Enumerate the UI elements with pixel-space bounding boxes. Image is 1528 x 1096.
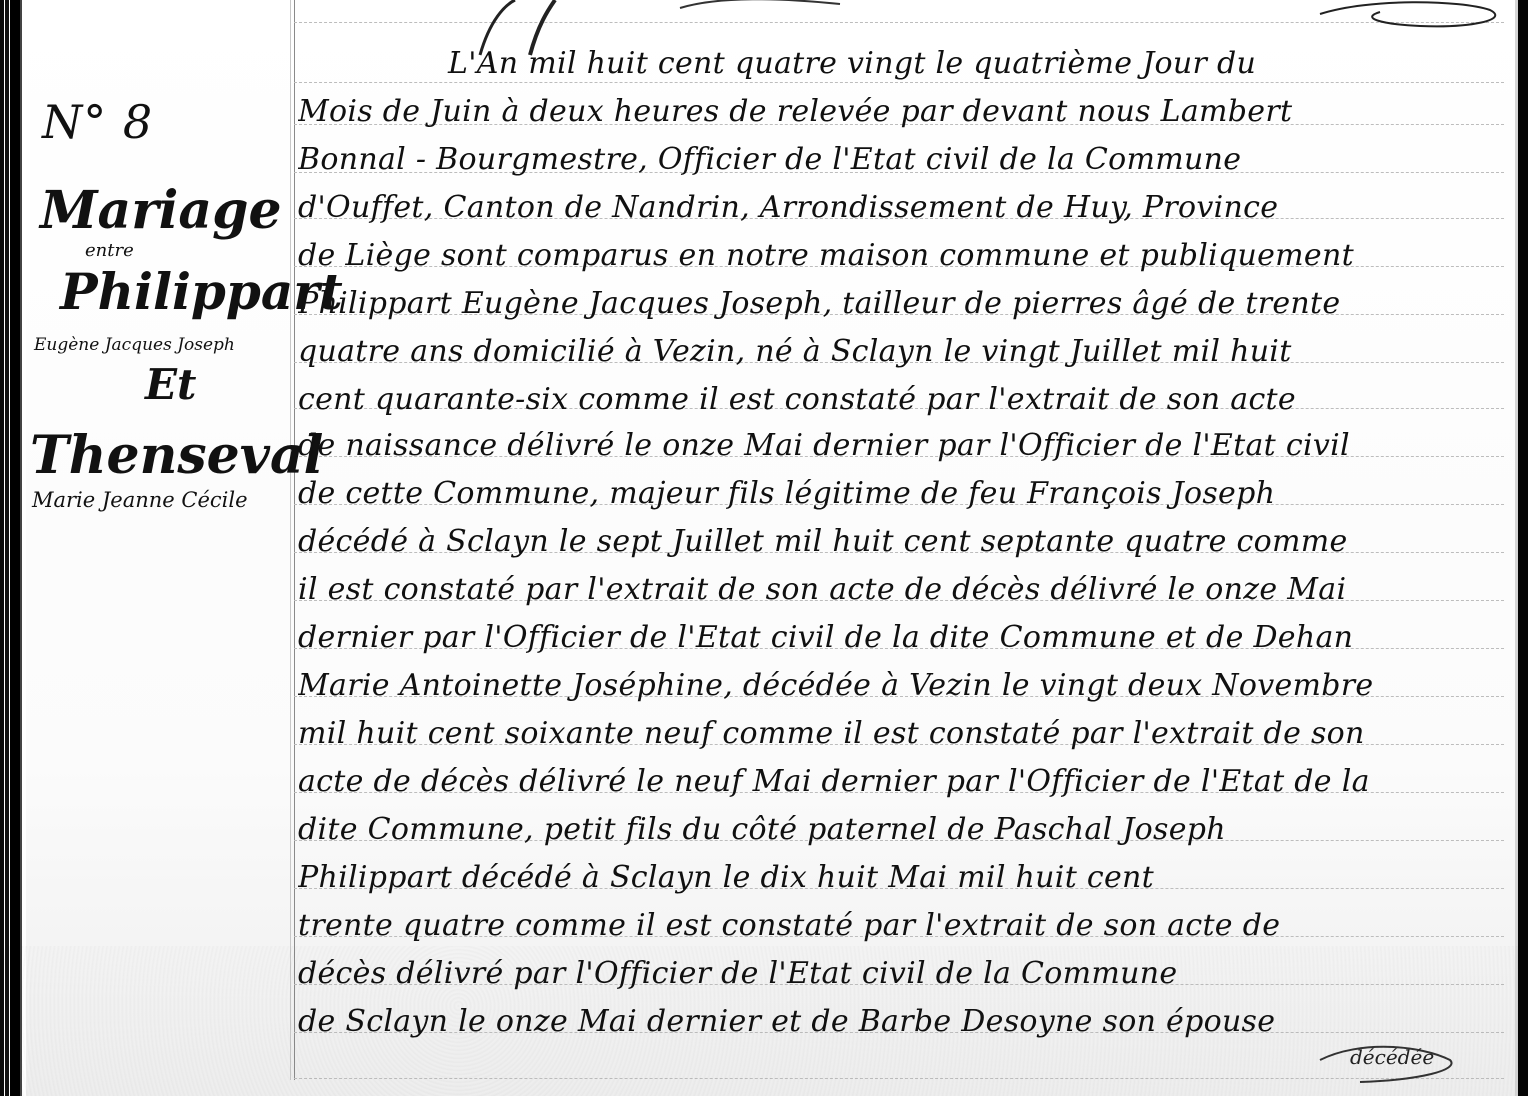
record-title: Mariage: [40, 180, 282, 241]
body-line: L'An mil huit cent quatre vingt le quatr…: [298, 46, 1498, 81]
body-line: trente quatre comme il est constaté par …: [298, 908, 1498, 943]
and-label: Et: [145, 360, 196, 409]
body-line: décédé à Sclayn le sept Juillet mil huit…: [298, 524, 1498, 559]
bride-given-names: Marie Jeanne Cécile: [32, 488, 248, 512]
record-number: N° 8: [42, 95, 153, 149]
body-line: mil huit cent soixante neuf comme il est…: [298, 716, 1498, 751]
body-line: de naissance délivré le onze Mai dernier…: [298, 428, 1498, 463]
margin-notes: N° 8 Mariage entre Philippart Eugène Jac…: [30, 0, 290, 1096]
groom-given-names: Eugène Jacques Joseph: [34, 335, 235, 355]
body-line: dernier par l'Officier de l'Etat civil d…: [298, 620, 1498, 655]
body-line: Marie Antoinette Joséphine, décédée à Ve…: [298, 668, 1498, 703]
body-line: Mois de Juin à deux heures de relevée pa…: [298, 94, 1498, 129]
record-body: L'An mil huit cent quatre vingt le quatr…: [298, 0, 1498, 1096]
body-line: Philippart décédé à Sclayn le dix huit M…: [298, 860, 1498, 895]
body-line: de Sclayn le onze Mai dernier et de Barb…: [298, 1004, 1498, 1039]
body-line: quatre ans domicilié à Vezin, né à Sclay…: [298, 334, 1498, 369]
body-line: cent quarante-six comme il est constaté …: [298, 382, 1498, 417]
body-line: de Liège sont comparus en notre maison c…: [298, 238, 1498, 273]
margin-rule: [294, 0, 295, 1080]
body-line: décès délivré par l'Officier de l'Etat c…: [298, 956, 1498, 991]
closing-annotation: décédée: [1350, 1045, 1434, 1069]
bride-surname: Thenseval: [30, 425, 323, 486]
body-line: d'Ouffet, Canton de Nandrin, Arrondissem…: [298, 190, 1498, 225]
body-line: Bonnal - Bourgmestre, Officier de l'Etat…: [298, 142, 1498, 177]
body-line: dite Commune, petit fils du côté paterne…: [298, 812, 1498, 847]
page-edge: [1518, 0, 1528, 1096]
register-page: N° 8 Mariage entre Philippart Eugène Jac…: [0, 0, 1528, 1096]
between-label: entre: [85, 240, 134, 261]
body-line: il est constaté par l'extrait de son act…: [298, 572, 1498, 607]
book-spine: [0, 0, 26, 1096]
body-line: acte de décès délivré le neuf Mai dernie…: [298, 764, 1498, 799]
margin-rule-light: [290, 0, 291, 1080]
body-line: Philippart Eugène Jacques Joseph, taille…: [298, 286, 1498, 321]
body-line: de cette Commune, majeur fils légitime d…: [298, 476, 1498, 511]
